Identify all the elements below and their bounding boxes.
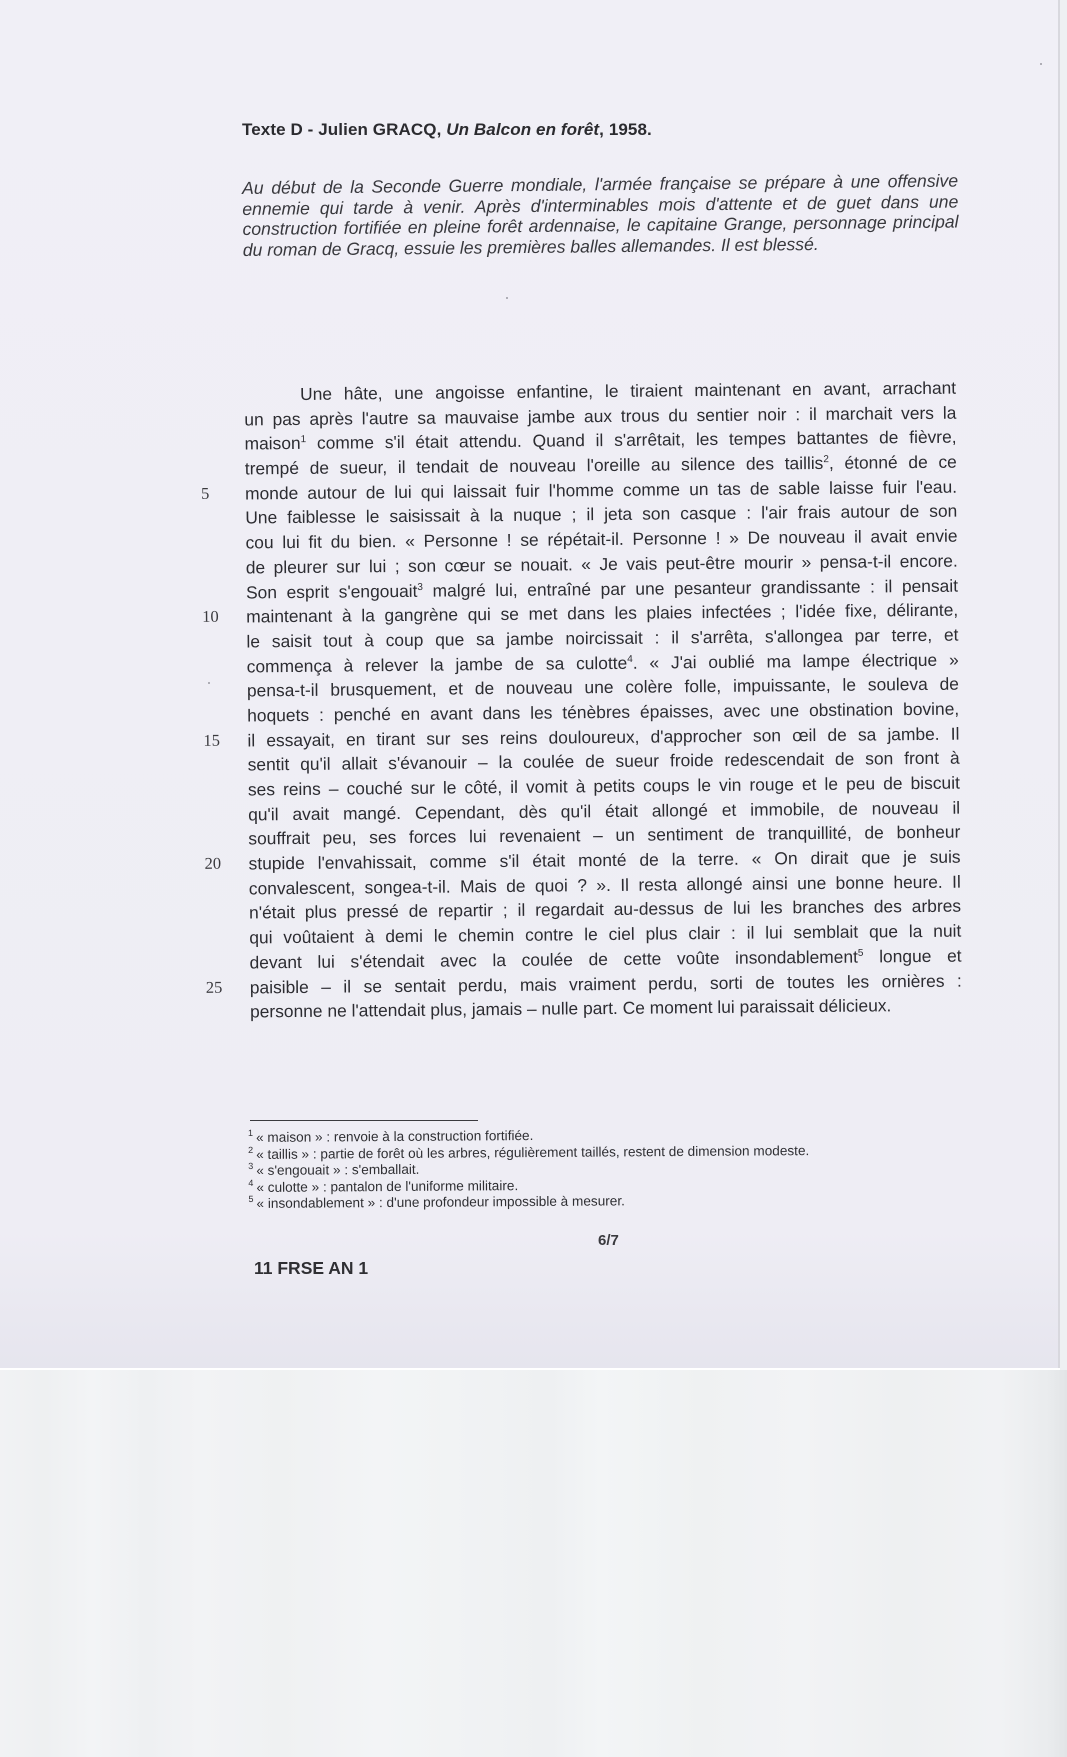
line-text-part: comme s'il était attendu. Quand il s'arr… [306, 427, 957, 453]
title-year: , 1958. [599, 120, 652, 139]
line-number: 15 [203, 728, 233, 753]
exam-code: 11 FRSE AN 1 [254, 1258, 368, 1279]
title-work: Un Balcon en forêt [446, 120, 599, 139]
footnote-number: 1 [248, 1128, 253, 1138]
line-number: 5 [201, 481, 231, 506]
footnote-number: 3 [248, 1161, 253, 1171]
page-number: 6/7 [598, 1232, 619, 1249]
footnote-separator [250, 1120, 478, 1121]
line-text-part: longue et [863, 945, 961, 966]
scanned-page: Texte D - Julien GRACQ, Un Balcon en for… [0, 0, 1060, 1368]
footnote-number: 5 [248, 1194, 253, 1204]
line-text-part: . « J'ai oublié ma lampe électrique » [633, 649, 959, 672]
footnote-number: 4 [248, 1178, 253, 1188]
line-text-part: commença à relever la jambe de sa culott… [247, 652, 628, 676]
excerpt-body: Une hâte, une angoisse enfantine, le tir… [190, 376, 971, 1025]
text-title: Texte D - Julien GRACQ, Un Balcon en for… [242, 120, 652, 140]
intro-paragraph: Au début de la Seconde Guerre mondiale, … [242, 171, 959, 260]
title-author: Texte D - Julien GRACQ, [242, 120, 446, 139]
footnote-number: 2 [248, 1145, 253, 1155]
scan-speck [506, 297, 508, 299]
line-text-part: trempé de sueur, il tendait de nouveau l… [245, 453, 824, 479]
line-text-part: , étonné de ce [829, 452, 957, 473]
line-number: 25 [206, 975, 236, 1000]
line-number: 20 [205, 852, 235, 877]
footnote-text: « maison » : renvoie à la construction f… [256, 1128, 533, 1145]
line-text-part: maison [244, 433, 300, 454]
footnote-text: « insondablement » : d'une profondeur im… [256, 1193, 624, 1211]
scanner-background [0, 1370, 1067, 1757]
footnote-text: « taillis » : partie de forêt où les arb… [256, 1143, 809, 1162]
footnote-text: « s'engouait » : s'emballait. [256, 1162, 419, 1178]
line-text-part: Son esprit s'engouait [246, 580, 418, 602]
scan-speck [1040, 63, 1042, 65]
line-text-part: devant lui s'étendait avec la coulée de … [249, 946, 858, 972]
footnote: 5« insondablement » : d'une profondeur i… [248, 1191, 928, 1212]
line-number: 10 [202, 605, 232, 630]
footnotes: 1« maison » : renvoie à la construction … [248, 1125, 929, 1212]
footnote-text: « culotte » : pantalon de l'uniforme mil… [256, 1178, 518, 1195]
line-text-part: malgré lui, entraîné par une pesanteur g… [423, 575, 958, 600]
